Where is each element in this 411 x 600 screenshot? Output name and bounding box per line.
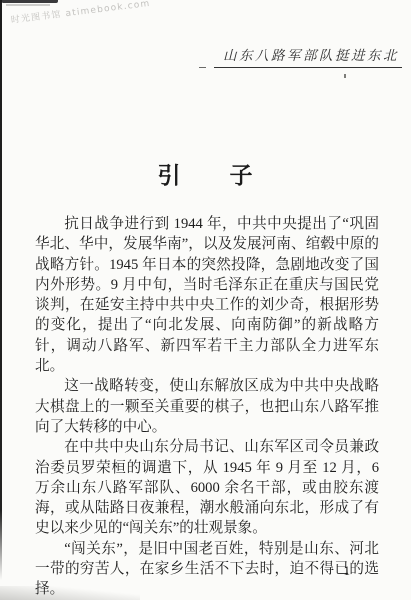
page-edge-shadow — [0, 0, 2, 580]
header-tick-mark — [344, 74, 346, 78]
paragraph-3: 在中共中央山东分局书记、山东军区司令员兼政治委员罗荣桓的调遣下，从 1945 年… — [35, 437, 379, 538]
chapter-title: 引 子 — [0, 157, 411, 190]
scan-artifact-bar — [2, 0, 58, 3]
scan-artifact-smudge — [6, 4, 50, 6]
header-dash-mark — [199, 67, 206, 68]
running-header-text: 山东八路军部队挺进东北 — [214, 44, 402, 68]
body-text-block: 抗日战争进行到 1944 年，中共中央提出了“巩固华北、华中，发展华南”，以及发… — [35, 214, 379, 600]
paragraph-4: “闯关东”，是旧中国老百姓，特别是山东、河北一带的穷苦人，在家乡生活不下去时，迫… — [35, 539, 379, 600]
scanned-book-page: 时光图书馆 atimebook.com 山东八路军部队挺进东北 引 子 抗日战争… — [0, 0, 411, 600]
paragraph-2: 这一战略转变，使山东解放区成为中共中央战略大棋盘上的一颗至关重要的棋子，也把山东… — [35, 376, 379, 437]
paragraph-1: 抗日战争进行到 1944 年，中共中央提出了“巩固华北、华中，发展华南”，以及发… — [35, 214, 379, 376]
page-number: 1 — [344, 563, 351, 579]
running-header: 山东八路军部队挺进东北 — [214, 44, 402, 68]
